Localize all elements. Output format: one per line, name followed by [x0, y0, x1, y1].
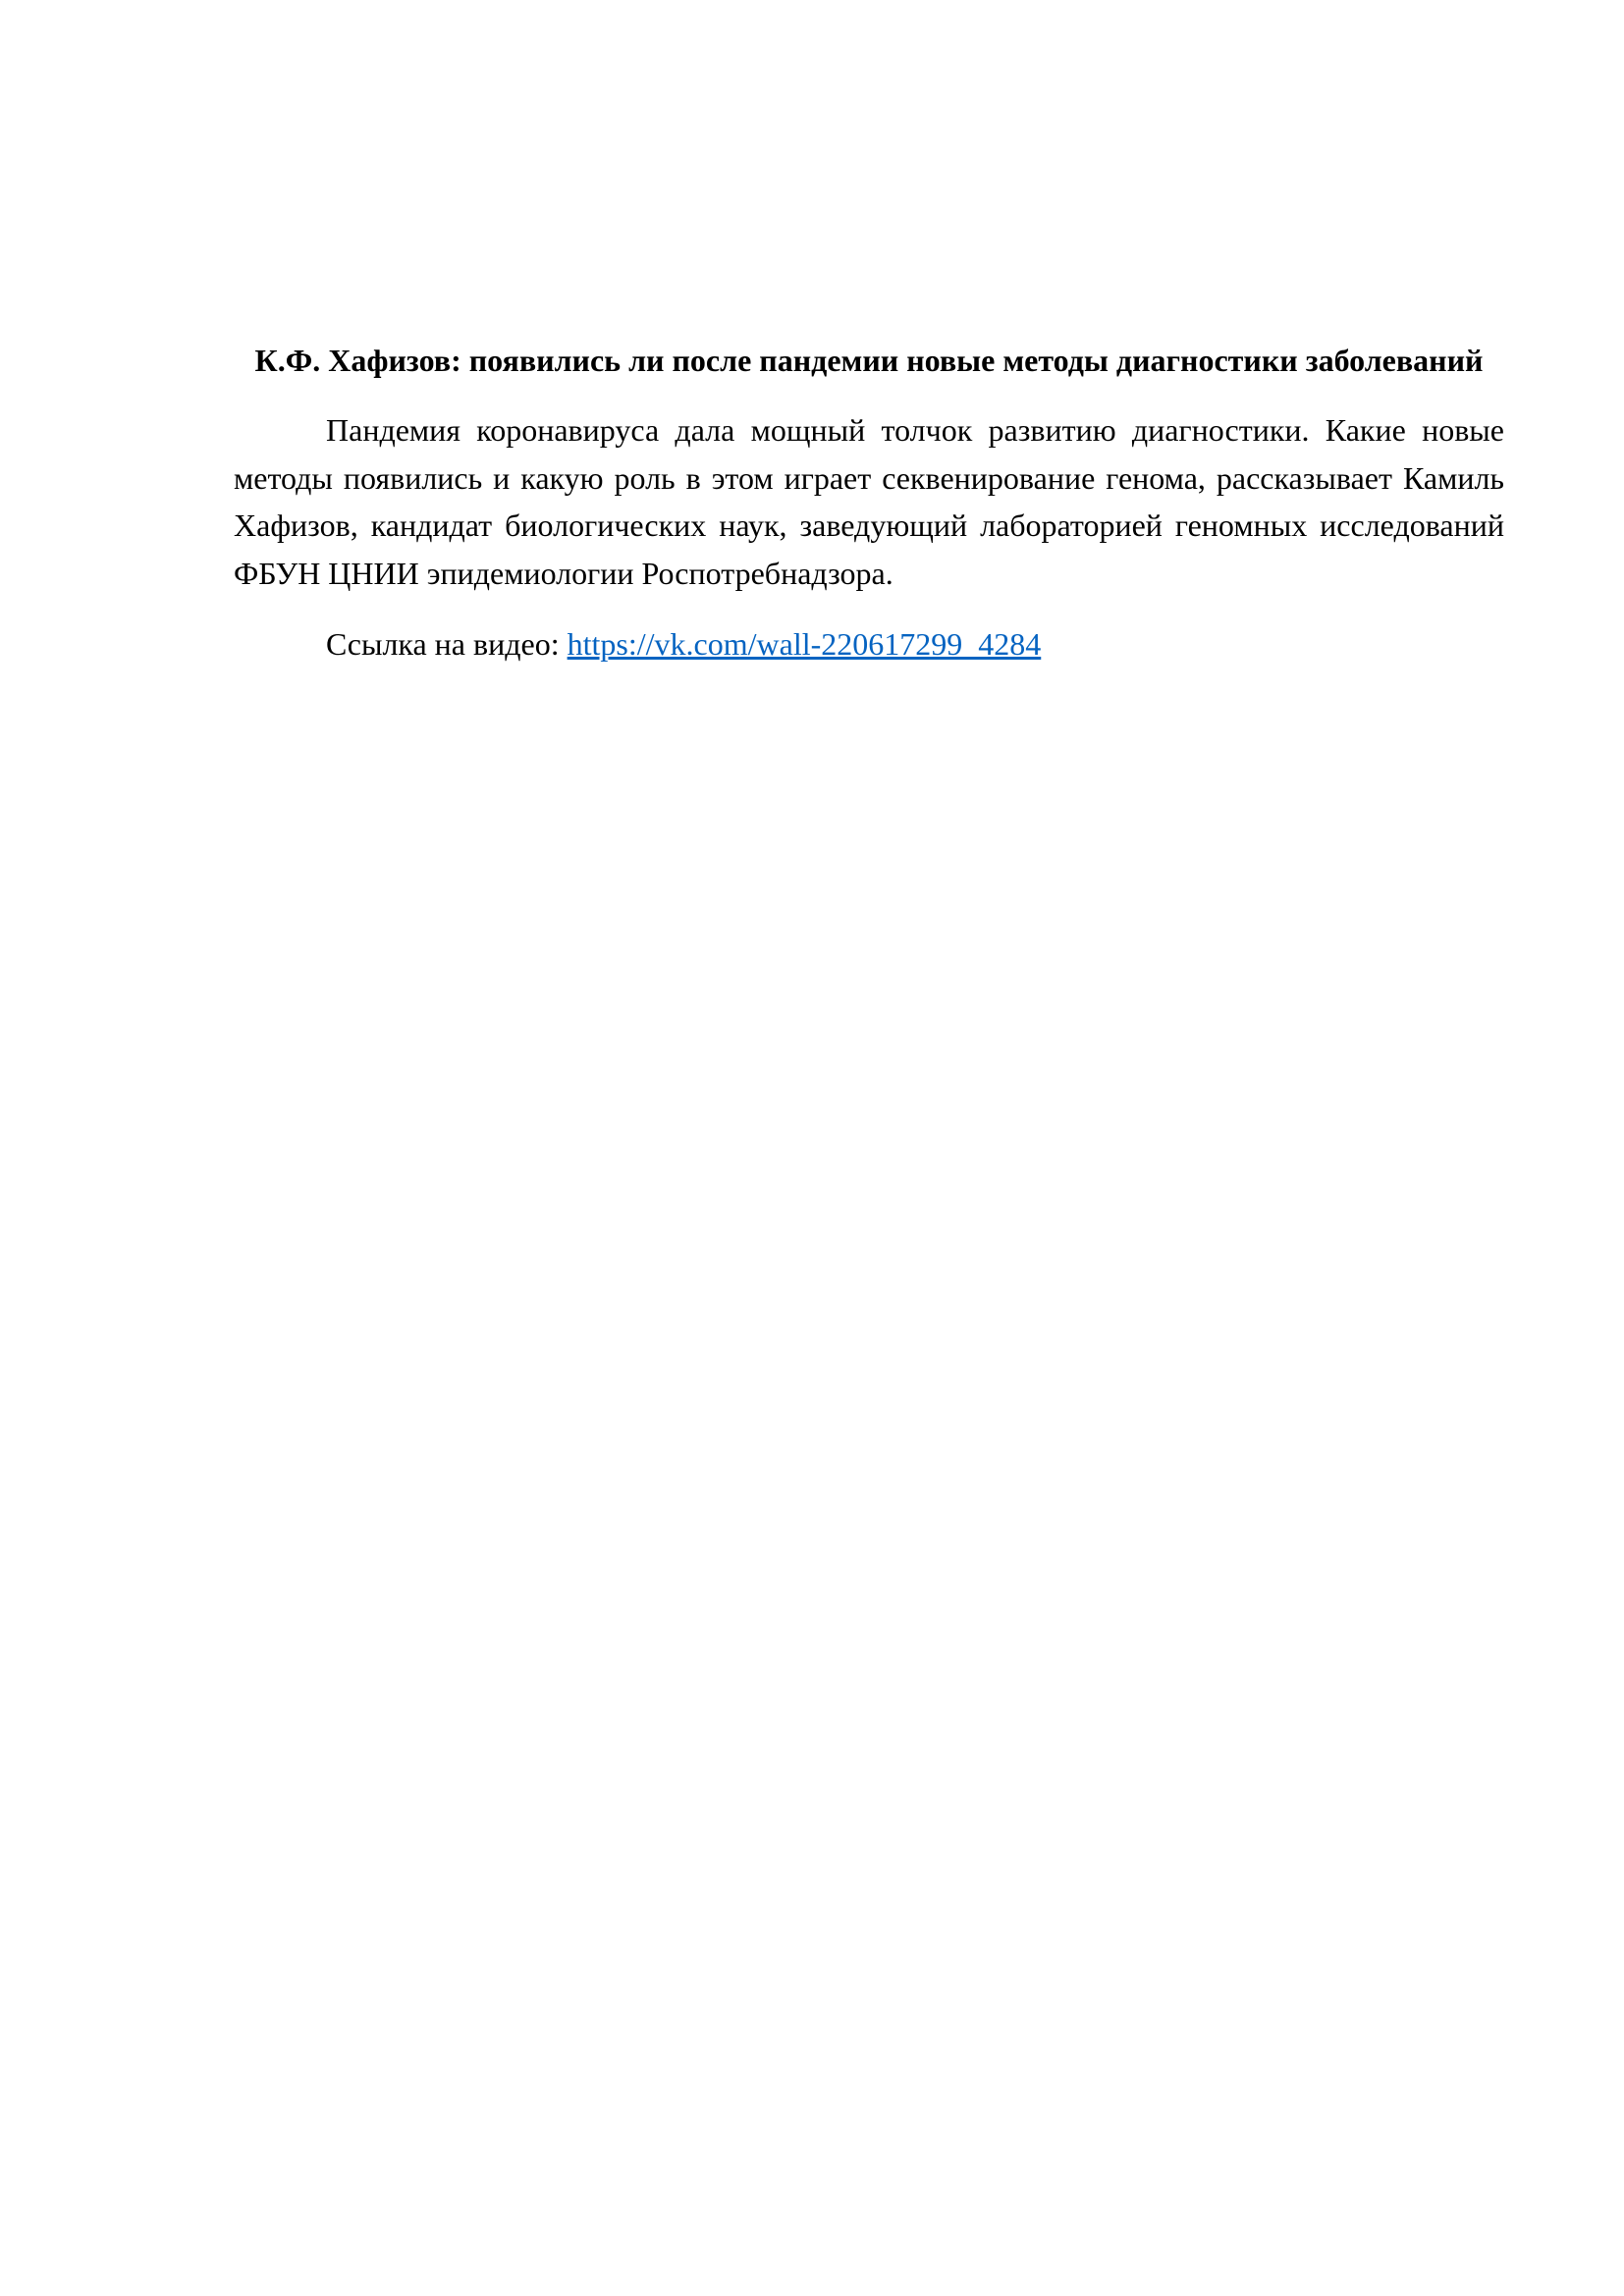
body-paragraph: Пандемия коронавируса дала мощный толчок…	[234, 406, 1504, 597]
video-link-paragraph: Ссылка на видео: https://vk.com/wall-220…	[234, 620, 1504, 668]
document-title: К.Ф. Хафизов: появились ли после пандеми…	[234, 338, 1504, 383]
video-link-label: Ссылка на видео:	[326, 626, 568, 662]
video-link[interactable]: https://vk.com/wall-220617299_4284	[568, 626, 1042, 662]
document-page: К.Ф. Хафизов: появились ли после пандеми…	[234, 338, 1504, 692]
